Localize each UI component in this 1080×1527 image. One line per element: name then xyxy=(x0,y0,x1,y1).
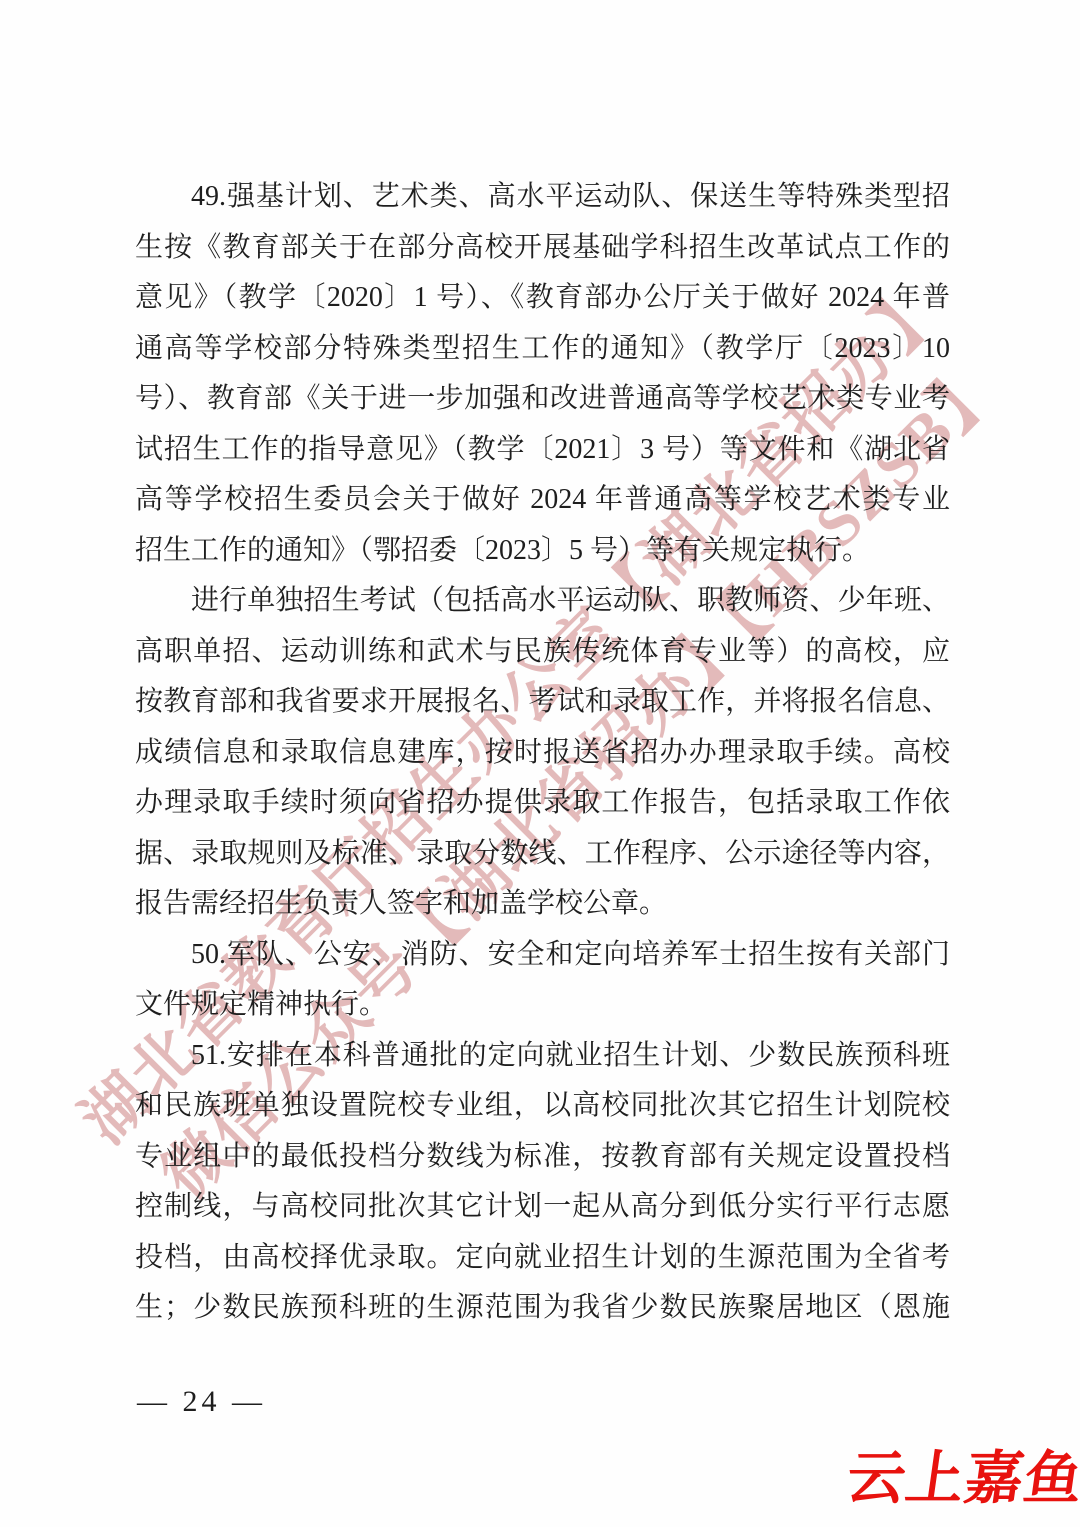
document-line: 试招生工作的指导意见》（教学〔2021〕3 号）等文件和《湖北省 xyxy=(135,425,950,476)
document-line: 报告需经招生负责人签字和加盖学校公章。 xyxy=(135,879,950,930)
document-line: 文件规定精神执行。 xyxy=(135,980,950,1031)
document-line: 按教育部和我省要求开展报名、考试和录取工作，并将报名信息、 xyxy=(135,677,950,728)
document-line: 49.强基计划、艺术类、高水平运动队、保送生等特殊类型招 xyxy=(135,172,950,223)
publisher-stamp: 云上嘉鱼 xyxy=(842,1431,1080,1515)
page-number: — 24 — xyxy=(137,1385,266,1419)
document-line: 意见》（教学〔2020〕1 号）、《教育部办公厅关于做好 2024 年普 xyxy=(135,273,950,324)
document-line: 成绩信息和录取信息建库，按时报送省招办办理录取手续。高校 xyxy=(135,728,950,779)
document-line: 51.安排在本科普通批的定向就业招生计划、少数民族预科班 xyxy=(135,1031,950,1082)
document-line: 投档，由高校择优录取。定向就业招生计划的生源范围为全省考 xyxy=(135,1233,950,1284)
document-line: 高等学校招生委员会关于做好 2024 年普通高等学校艺术类专业 xyxy=(135,475,950,526)
document-line: 招生工作的通知》（鄂招委〔2023〕5 号）等有关规定执行。 xyxy=(135,526,950,577)
document-line: 生；少数民族预科班的生源范围为我省少数民族聚居地区（恩施 xyxy=(135,1283,950,1334)
document-line: 高职单招、运动训练和武术与民族传统体育专业等）的高校，应 xyxy=(135,627,950,678)
document-page: 湖北省教育厅招生办公室【湖北省招办】 微信公众号【湖北省招办】【HBSZSB】 … xyxy=(0,0,1080,1527)
document-body: 49.强基计划、艺术类、高水平运动队、保送生等特殊类型招生按《教育部关于在部分高… xyxy=(135,172,950,1334)
document-line: 专业组中的最低投档分数线为标准，按教育部有关规定设置投档 xyxy=(135,1132,950,1183)
document-line: 和民族班单独设置院校专业组，以高校同批次其它招生计划院校 xyxy=(135,1081,950,1132)
document-line: 通高等学校部分特殊类型招生工作的通知》（教学厅〔2023〕10 xyxy=(135,324,950,375)
document-line: 据、录取规则及标准、录取分数线、工作程序、公示途径等内容， xyxy=(135,829,950,880)
document-line: 进行单独招生考试（包括高水平运动队、职教师资、少年班、 xyxy=(135,576,950,627)
document-line: 办理录取手续时须向省招办提供录取工作报告，包括录取工作依 xyxy=(135,778,950,829)
document-line: 号）、教育部《关于进一步加强和改进普通高等学校艺术类专业考 xyxy=(135,374,950,425)
document-line: 生按《教育部关于在部分高校开展基础学科招生改革试点工作的 xyxy=(135,223,950,274)
document-line: 控制线，与高校同批次其它计划一起从高分到低分实行平行志愿 xyxy=(135,1182,950,1233)
document-line: 50.军队、公安、消防、安全和定向培养军士招生按有关部门 xyxy=(135,930,950,981)
